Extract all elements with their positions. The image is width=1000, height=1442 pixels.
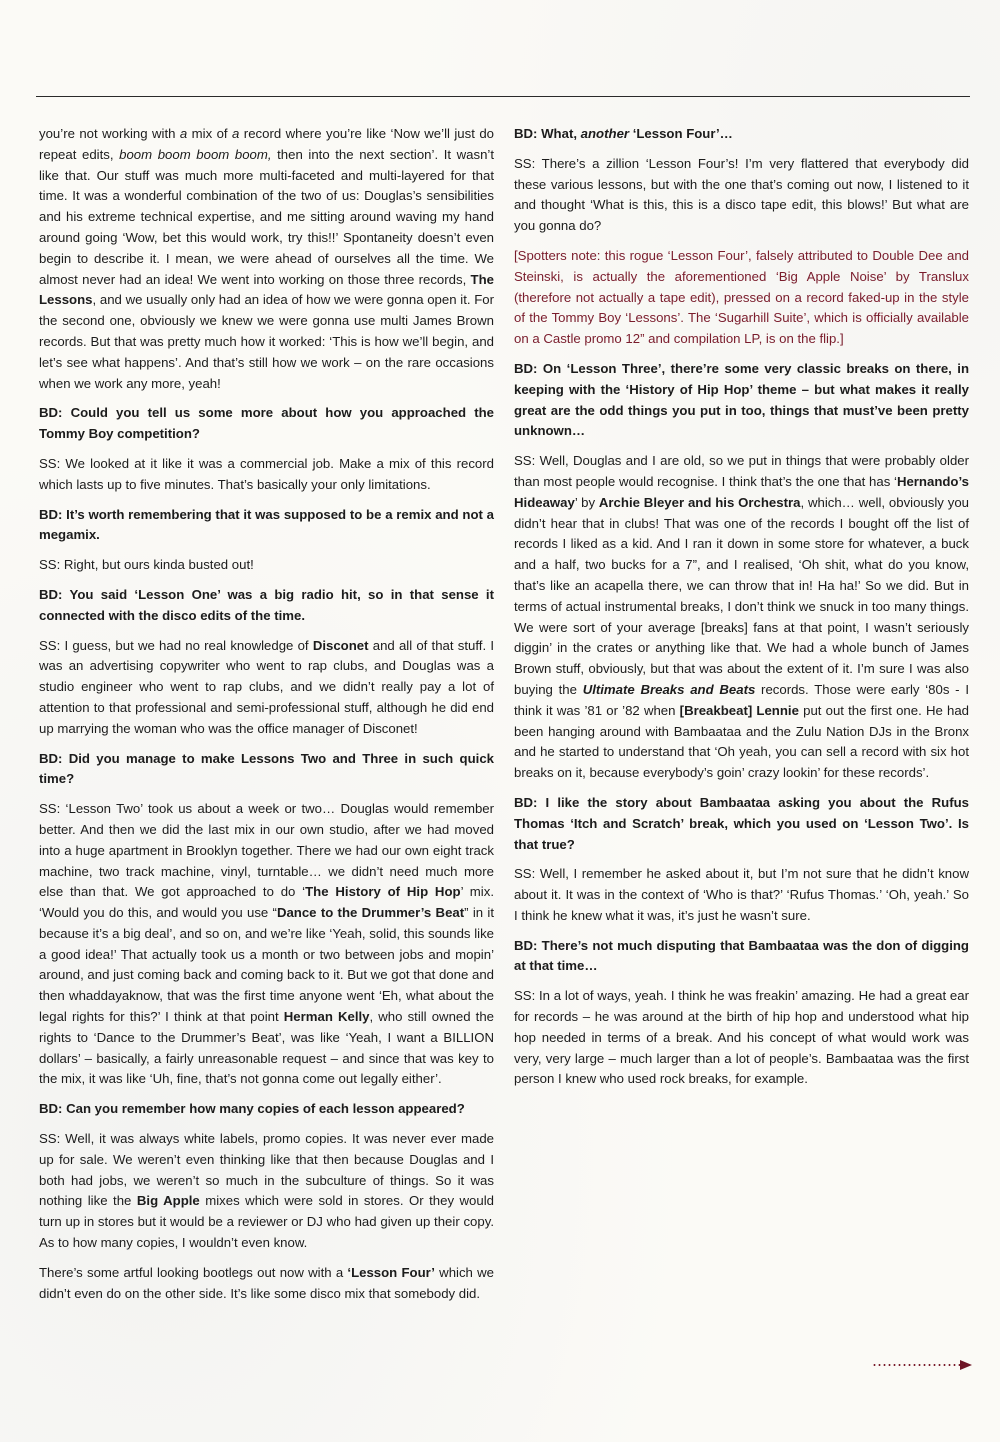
answer-paragraph: SS: In a lot of ways, yeah. I think he w… [514,986,969,1090]
dotted-line [872,1364,960,1366]
interview-question: BD: What, another ‘Lesson Four’… [514,124,969,145]
answer-paragraph: you’re not working with a mix of a recor… [39,124,494,394]
answer-paragraph: There’s some artful looking bootlegs out… [39,1263,494,1305]
interview-question: BD: Did you manage to make Lessons Two a… [39,749,494,791]
header-rule [36,96,970,97]
interview-question: BD: Can you remember how many copies of … [39,1099,494,1120]
left-column: you’re not working with a mix of a recor… [39,124,494,1313]
answer-paragraph: SS: ‘Lesson Two’ took us about a week or… [39,799,494,1090]
answer-paragraph: SS: Well, I remember he asked about it, … [514,864,969,926]
spotters-note: [Spotters note: this rogue ‘Lesson Four’… [514,246,969,350]
answer-paragraph: SS: Well, it was always white labels, pr… [39,1129,494,1254]
answer-paragraph: SS: We looked at it like it was a commer… [39,454,494,496]
answer-paragraph: SS: Right, but ours kinda busted out! [39,555,494,576]
continue-arrow-icon [872,1359,972,1371]
interview-question: BD: I like the story about Bambaataa ask… [514,793,969,855]
right-column: BD: What, another ‘Lesson Four’… SS: The… [514,124,969,1099]
interview-question: BD: On ‘Lesson Three’, there’re some ver… [514,359,969,442]
interview-question: BD: There’s not much disputing that Bamb… [514,936,969,978]
interview-question: BD: Could you tell us some more about ho… [39,403,494,445]
answer-paragraph: SS: There’s a zillion ‘Lesson Four’s! I’… [514,154,969,237]
interview-question: BD: You said ‘Lesson One’ was a big radi… [39,585,494,627]
arrow-head [960,1360,972,1370]
answer-paragraph: SS: Well, Douglas and I are old, so we p… [514,451,969,784]
answer-paragraph: SS: I guess, but we had no real knowledg… [39,636,494,740]
interview-question: BD: It’s worth remembering that it was s… [39,505,494,547]
